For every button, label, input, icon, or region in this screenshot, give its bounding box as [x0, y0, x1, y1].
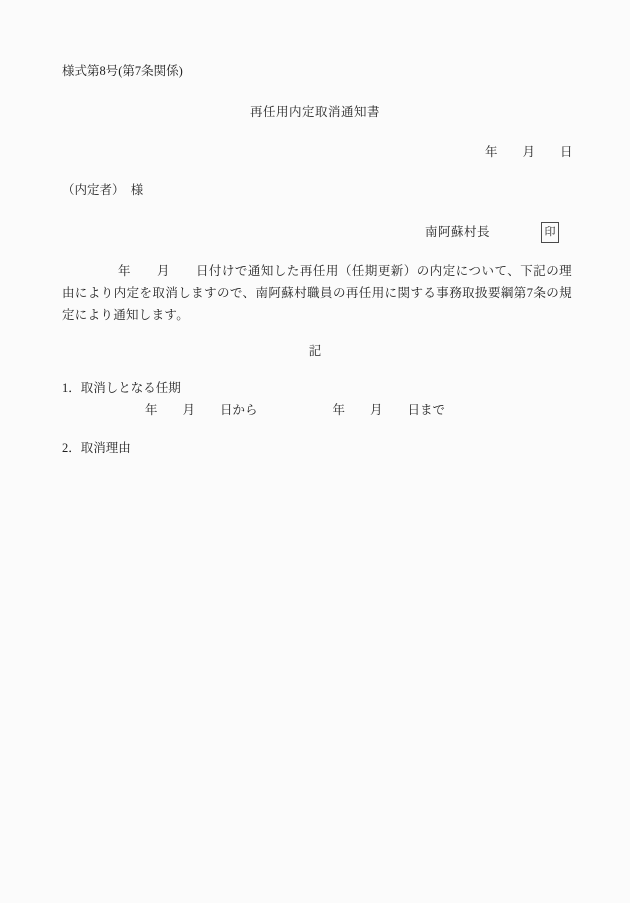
item-2-label: 2．取消理由 — [62, 438, 131, 458]
form-number: 様式第8号(第7条関係) — [62, 61, 183, 81]
issue-date-blank: 年 月 日 — [485, 142, 573, 162]
seal-mark: 印 — [541, 222, 559, 243]
record-marker: 記 — [0, 341, 630, 361]
document-page: 様式第8号(第7条関係) 再任用内定取消通知書 年 月 日 （内定者） 様 南阿… — [0, 0, 630, 903]
page-title: 再任用内定取消通知書 — [0, 102, 630, 122]
item-1-label: 1．取消しとなる任期 — [62, 378, 181, 398]
addressee-line: （内定者） 様 — [62, 180, 143, 200]
body-paragraph: 年 月 日付けで通知した再任用（任期更新）の内定について、下記の理由により内定を… — [62, 260, 572, 327]
sender-name: 南阿蘇村長 — [425, 222, 490, 242]
item-1-term-blank: 年 月 日から 年 月 日まで — [145, 400, 445, 420]
